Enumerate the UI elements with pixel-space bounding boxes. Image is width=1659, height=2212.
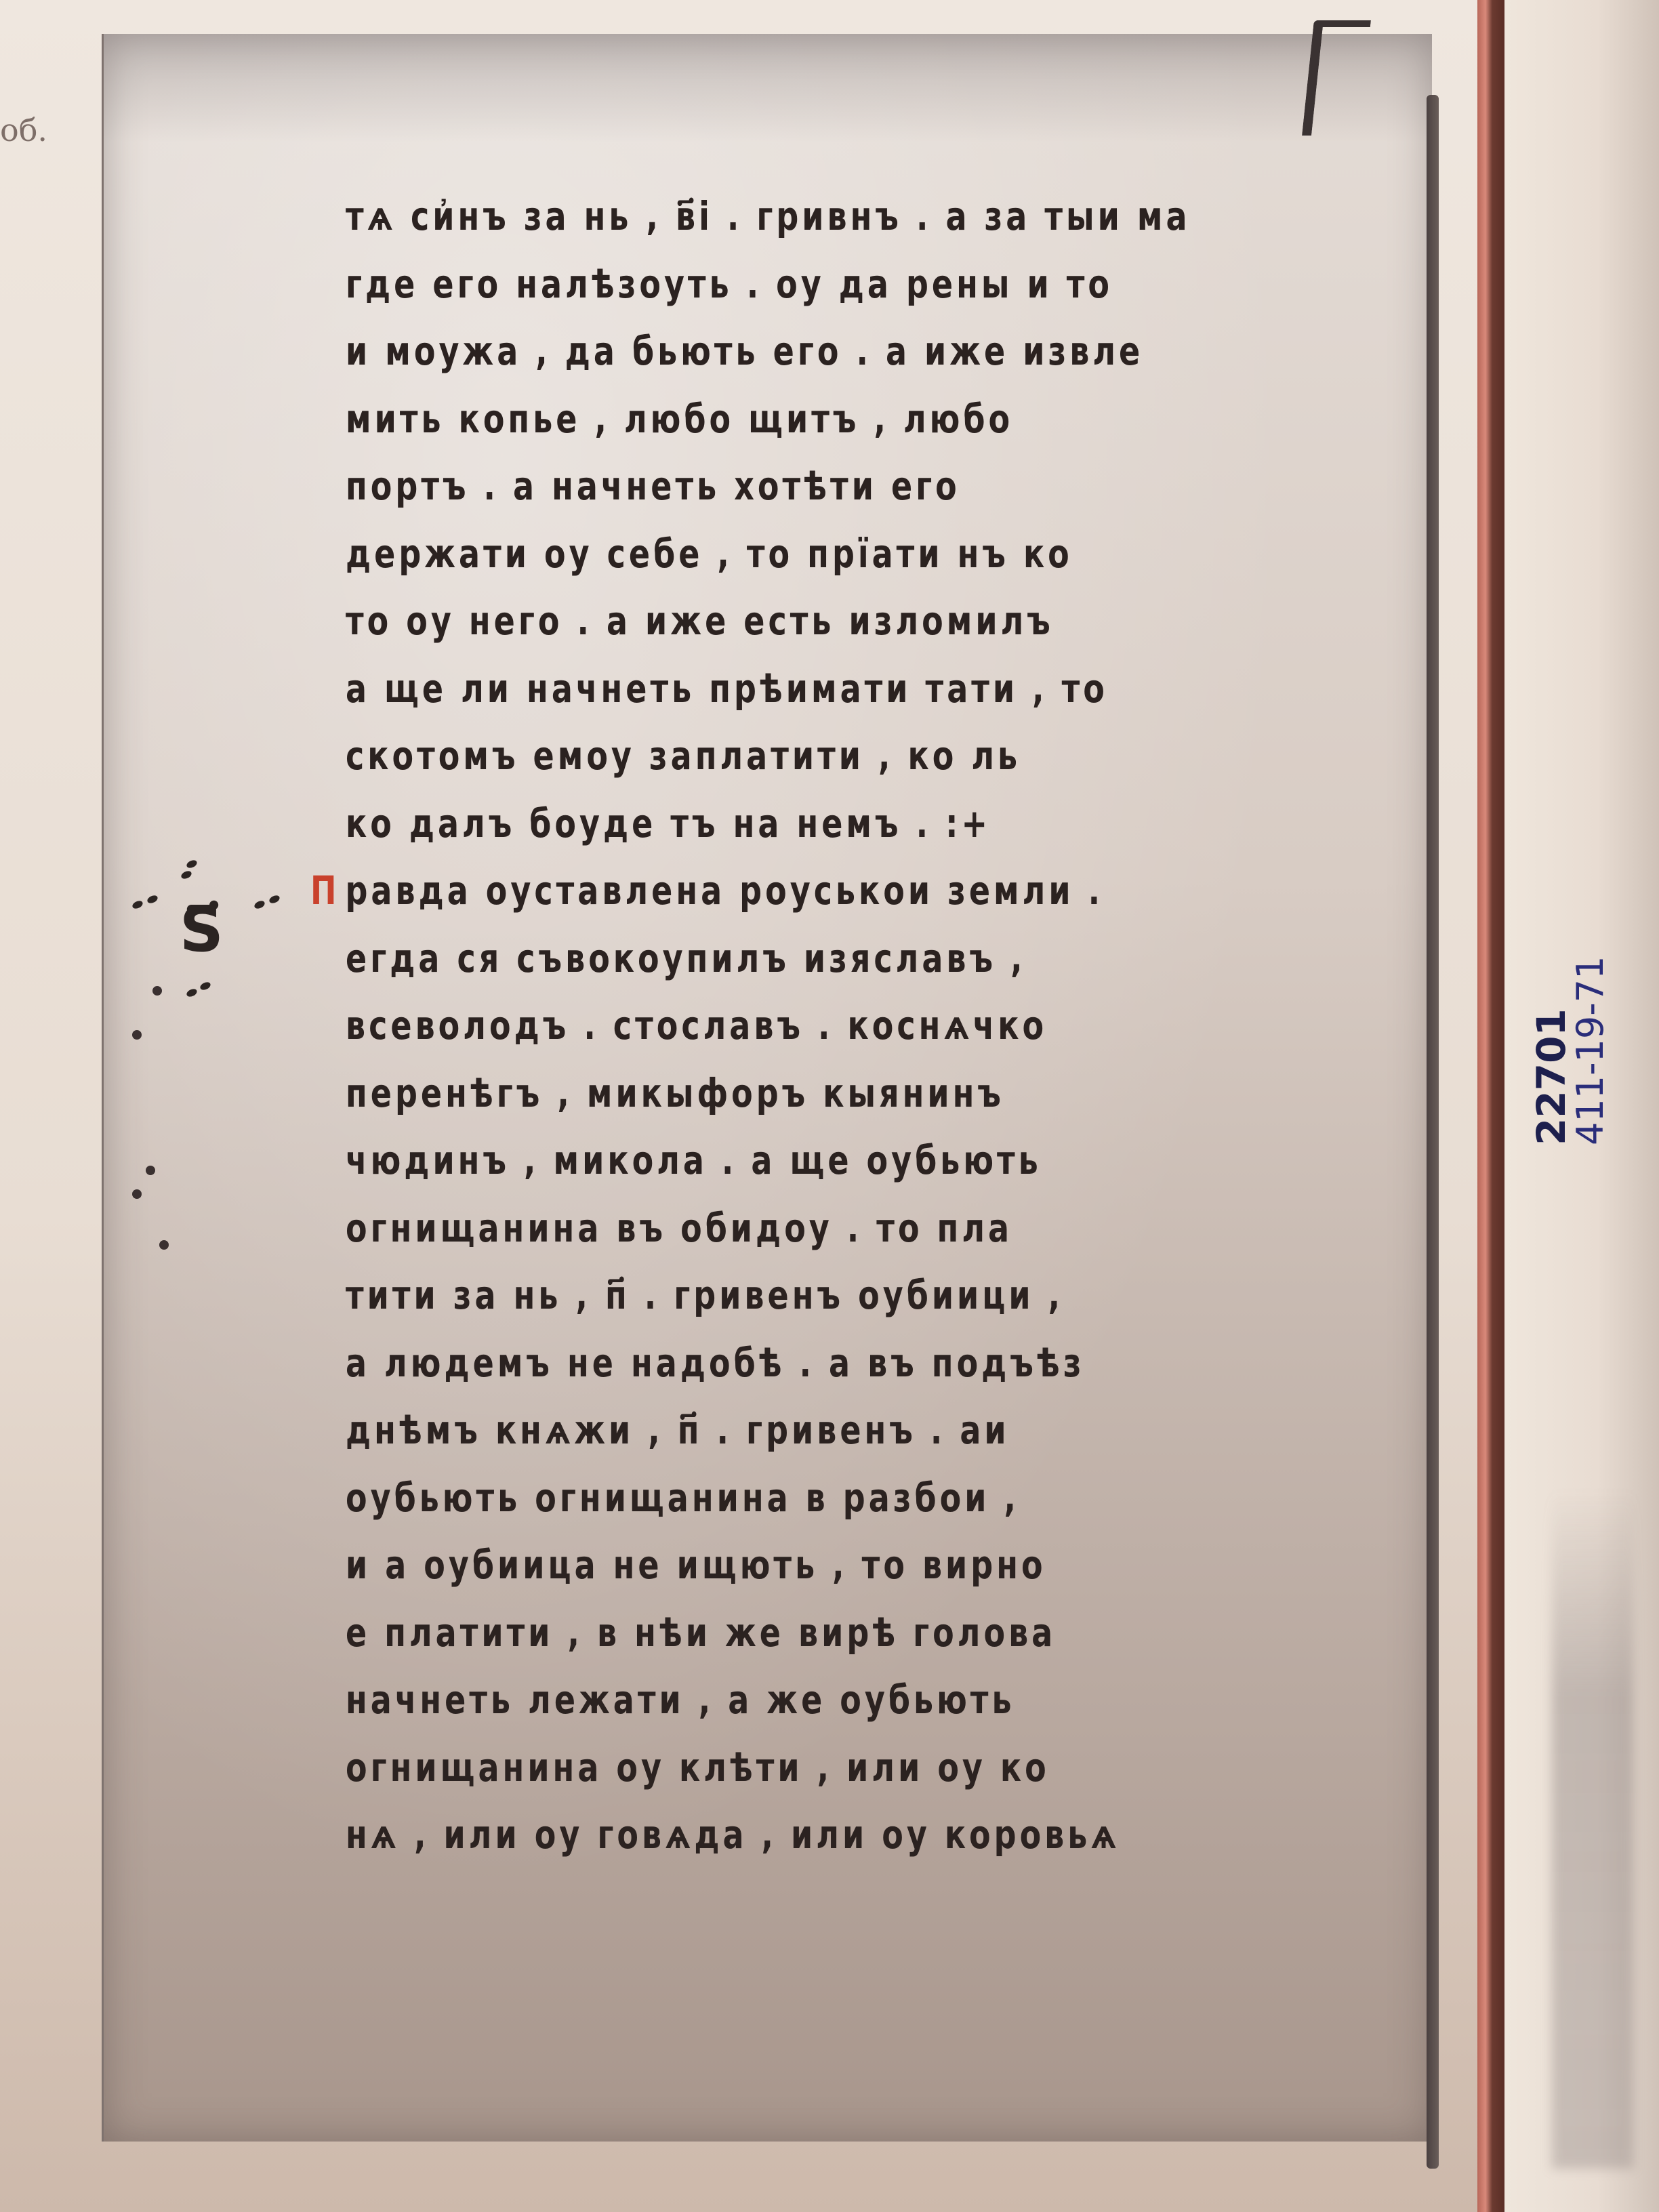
decor-dot <box>186 987 199 998</box>
rubric-initial: П <box>310 867 340 914</box>
decor-dot <box>146 1166 155 1175</box>
text-line: нѧ , или оу говѧда , или оу коровьѧ <box>346 1793 1335 1877</box>
decor-dot <box>159 1240 169 1250</box>
shelf-mark-handwritten: 22701 <box>1528 1008 1574 1145</box>
manuscript-text: тѧ си҆нъ за нь , в҃і . гривнъ . а за тыи… <box>346 183 1335 1869</box>
margin-section-mark: Ѕ҃ <box>119 854 295 1017</box>
decor-dot <box>132 1030 142 1040</box>
decor-dot <box>186 859 199 869</box>
decor-dot <box>132 1189 142 1199</box>
decor-dot <box>146 894 159 905</box>
decor-dot <box>180 869 193 880</box>
facsimile-right-edge <box>1427 95 1439 2169</box>
shelf-mark-handwritten: 411-19-71 <box>1569 956 1612 1145</box>
facsimile-top-shadow <box>104 34 1432 142</box>
book-spine-edge <box>1477 0 1504 2212</box>
decor-dot <box>268 894 281 905</box>
section-number-glyph: Ѕ҃ <box>180 895 224 966</box>
decor-dot <box>152 986 162 996</box>
left-book-page: об. Ѕ҃ тѧ си҆нъ за нь , в҃і . гривнъ . а… <box>0 0 1491 2212</box>
page-stain <box>1552 1491 1633 2169</box>
corner-bracket-mark <box>1302 20 1371 136</box>
decor-dot <box>253 899 266 910</box>
folio-label: об. <box>0 112 47 148</box>
decor-dot <box>199 981 212 991</box>
decor-dot <box>131 899 144 910</box>
